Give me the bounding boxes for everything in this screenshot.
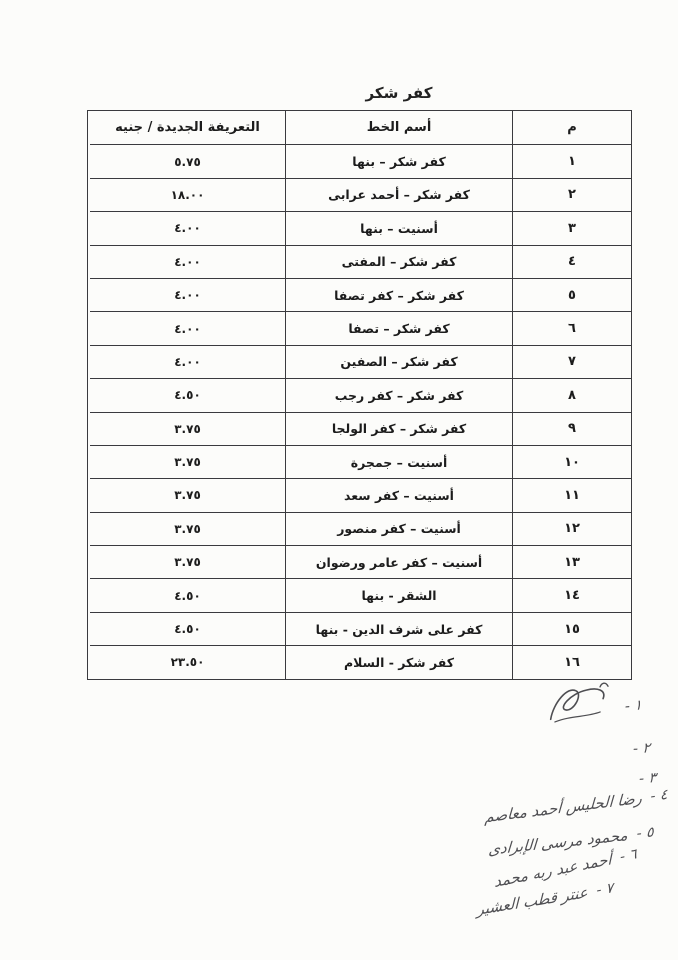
cell-index: ١٦ — [513, 645, 631, 678]
cell-line-name: أسنيت – كفر سعد — [286, 478, 513, 511]
cell-tariff: ٣.٧٥ — [90, 445, 286, 478]
cell-index: ١٤ — [513, 578, 631, 611]
cell-line-name: كفر شكر – كفر رجب — [286, 378, 513, 411]
cell-line-name: كفر على شرف الدين - بنها — [286, 612, 513, 645]
cell-index: ٦ — [513, 311, 631, 344]
cell-tariff: ٥.٧٥ — [90, 144, 286, 177]
header-cell-tariff: التعريفة الجديدة / جنيه — [90, 111, 286, 144]
cell-tariff: ٤.٠٠ — [90, 311, 286, 344]
cell-tariff: ٤.٠٠ — [90, 278, 286, 311]
note-item: ١ - — [534, 691, 643, 728]
cell-index: ١ — [513, 144, 631, 177]
note-item: ٣ - — [629, 770, 656, 788]
cell-tariff: ٤.٠٠ — [90, 211, 286, 244]
cell-line-name: كفر شكر – أحمد عرابى — [286, 178, 513, 211]
cell-tariff: ٢٣.٥٠ — [90, 645, 286, 678]
note-number: ٦ - — [619, 846, 637, 865]
page-title: كفر شكر — [285, 84, 513, 102]
note-number: ٧ - — [596, 880, 614, 899]
cell-tariff: ٤.٥٠ — [90, 612, 286, 645]
cell-tariff: ٤.٠٠ — [90, 245, 286, 278]
cell-index: ١٠ — [513, 445, 631, 478]
cell-index: ٩ — [513, 412, 631, 445]
cell-index: ٥ — [513, 278, 631, 311]
note-number: ٥ - — [637, 824, 654, 842]
header-cell-line-name: أسم الخط — [286, 111, 513, 144]
note-item: ٤ - رضا الحليس أحمد معاصم — [483, 786, 668, 826]
cell-tariff: ٣.٧٥ — [90, 478, 286, 511]
cell-line-name: أسنيت – جمجرة — [286, 445, 513, 478]
signature-scribble-icon — [542, 678, 618, 728]
note-text: رضا الحليس أحمد معاصم — [484, 789, 642, 827]
cell-tariff: ٤.٥٠ — [90, 578, 286, 611]
cell-tariff: ٣.٧٥ — [90, 412, 286, 445]
tariff-table: م أسم الخط التعريفة الجديدة / جنيه ١ كفر… — [87, 110, 632, 680]
note-number: ٤ - — [650, 787, 667, 805]
note-number: ٢ - — [633, 740, 651, 757]
cell-line-name: كفر شكر – الصفين — [286, 345, 513, 378]
cell-line-name: أسنيت – كفر عامر ورضوان — [286, 545, 513, 578]
cell-tariff: ٤.٥٠ — [90, 378, 286, 411]
cell-tariff: ٣.٧٥ — [90, 512, 286, 545]
cell-index: ١١ — [513, 478, 631, 511]
cell-index: ٧ — [513, 345, 631, 378]
cell-line-name: كفر شكر – المفتى — [286, 245, 513, 278]
cell-line-name: كفر شكر - السلام — [286, 645, 513, 678]
cell-index: ٣ — [513, 211, 631, 244]
cell-tariff: ١٨.٠٠ — [90, 178, 286, 211]
note-number: ٣ - — [639, 770, 657, 787]
cell-tariff: ٣.٧٥ — [90, 545, 286, 578]
cell-index: ١٣ — [513, 545, 631, 578]
header-cell-index: م — [513, 111, 631, 144]
cell-tariff: ٤.٠٠ — [90, 345, 286, 378]
note-number: ١ - — [625, 697, 642, 715]
note-text: عنتر قطب العشير — [476, 883, 587, 919]
cell-line-name: كفر شكر – كفر تصفا — [286, 278, 513, 311]
cell-line-name: الشقر - بنها — [286, 578, 513, 611]
note-item: ٢ - — [624, 740, 651, 757]
cell-line-name: كفر شكر – بنها — [286, 144, 513, 177]
cell-line-name: كفر شكر – تصفا — [286, 311, 513, 344]
cell-index: ٨ — [513, 378, 631, 411]
cell-index: ١٥ — [513, 612, 631, 645]
cell-line-name: أسنيت – بنها — [286, 211, 513, 244]
document-page: كفر شكر م أسم الخط التعريفة الجديدة / جن… — [0, 0, 678, 960]
cell-index: ٤ — [513, 245, 631, 278]
cell-line-name: أسنيت – كفر منصور — [286, 512, 513, 545]
cell-line-name: كفر شكر – كفر الولجا — [286, 412, 513, 445]
cell-index: ٢ — [513, 178, 631, 211]
cell-index: ١٢ — [513, 512, 631, 545]
